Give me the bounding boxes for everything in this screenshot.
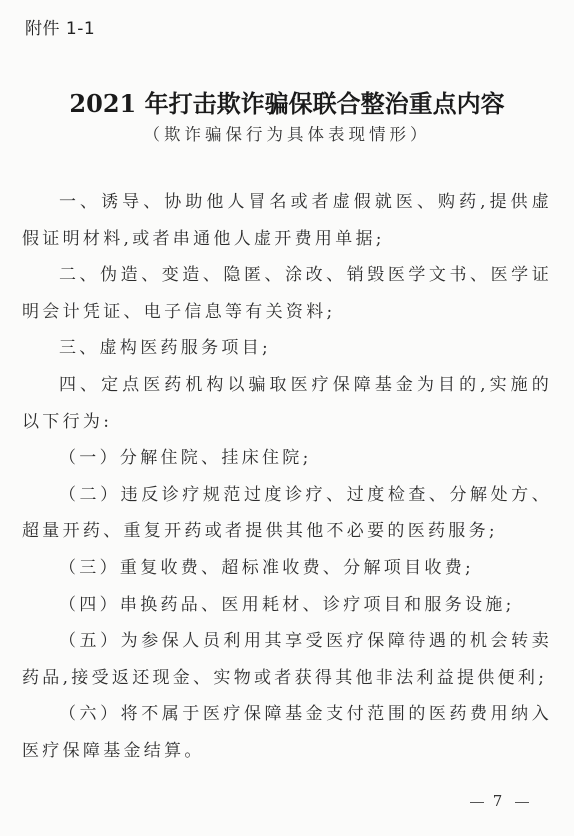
paragraph-item-2: 二、伪造、变造、隐匿、涂改、销毁医学文书、医学证明会计凭证、电子信息等有关资料; <box>22 257 552 330</box>
paragraph-subitem-6: （六）将不属于医疗保障基金支付范围的医药费用纳入医疗保障基金结算。 <box>22 696 552 769</box>
page-number-value: 7 <box>493 792 507 810</box>
dash-left <box>470 802 484 803</box>
page-number: 7 <box>470 792 529 810</box>
paragraph-subitem-1: （一）分解住院、挂床住院; <box>22 440 552 477</box>
paragraph-subitem-3: （三）重复收费、超标准收费、分解项目收费; <box>22 550 552 587</box>
paragraph-item-1: 一、诱导、协助他人冒名或者虚假就医、购药,提供虚假证明材料,或者串通他人虚开费用… <box>22 184 552 257</box>
paragraph-subitem-5: （五）为参保人员利用其享受医疗保障待遇的机会转卖药品,接受返还现金、实物或者获得… <box>22 623 552 696</box>
paragraph-subitem-2: （二）违反诊疗规范过度诊疗、过度检查、分解处方、超量开药、重复开药或者提供其他不… <box>22 477 552 550</box>
dash-right <box>515 802 529 803</box>
paragraph-item-4: 四、定点医药机构以骗取医疗保障基金为目的,实施的以下行为: <box>22 367 552 440</box>
paragraph-subitem-4: （四）串换药品、医用耗材、诊疗项目和服务设施; <box>22 587 552 624</box>
document-body: 一、诱导、协助他人冒名或者虚假就医、购药,提供虚假证明材料,或者串通他人虚开费用… <box>22 184 552 770</box>
attachment-label: 附件 1-1 <box>25 14 95 39</box>
document-subtitle: （欺诈骗保行为具体表现情形） <box>0 121 574 145</box>
document-title: 2021 年打击欺诈骗保联合整治重点内容 <box>0 84 574 119</box>
paragraph-item-3: 三、虚构医药服务项目; <box>22 330 552 367</box>
